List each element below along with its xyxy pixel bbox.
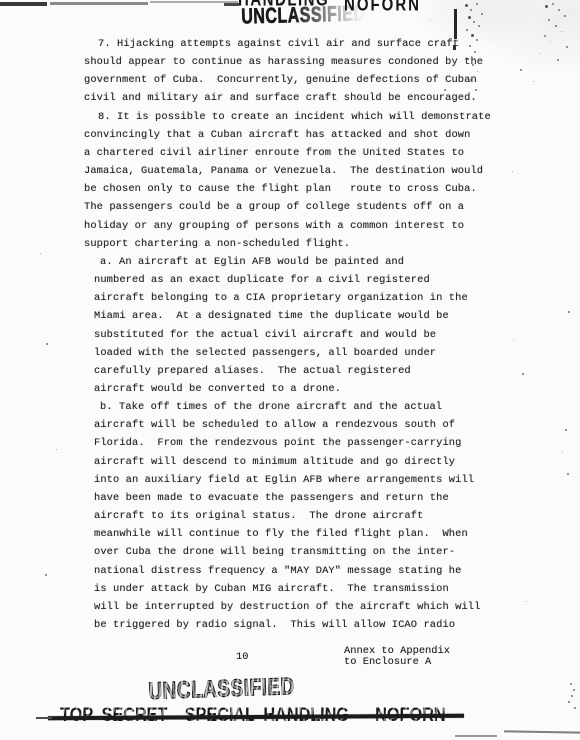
noise-speck (568, 311, 570, 313)
scan-artifact-line (224, 3, 239, 6)
noise-speck (45, 574, 47, 576)
scan-artifact-line (50, 2, 148, 5)
document-line: a. An aircraft at Eglin AFB would be pai… (0, 253, 580, 271)
noise-speck (555, 25, 557, 27)
noise-speck (540, 53, 541, 54)
noise-speck (552, 3, 554, 5)
noise-speck (444, 89, 446, 91)
noise-speck (562, 451, 563, 452)
document-line: have been made to evacuate the passenger… (0, 489, 580, 507)
document-line: is under attack by Cuban MIG aircraft. T… (0, 580, 580, 598)
noise-speck (470, 9, 472, 11)
noise-speck (40, 253, 41, 254)
noise-speck (475, 89, 477, 91)
noise-speck (430, 19, 431, 20)
noise-speck (526, 601, 527, 602)
document-line: loaded with the selected passengers, all… (0, 344, 580, 362)
noise-speck (574, 707, 576, 709)
noise-speck (567, 473, 569, 475)
noise-speck (476, 39, 478, 41)
noise-speck (474, 51, 476, 53)
noise-speck (310, 5, 311, 6)
noise-speck (466, 29, 468, 31)
scan-artifact-line (455, 735, 497, 737)
noise-speck (472, 98, 473, 99)
noise-speck (280, 2, 282, 4)
noise-speck (545, 5, 548, 8)
document-line: aircraft would be converted to a drone. (0, 380, 580, 398)
noise-speck (469, 45, 471, 47)
noise-speck (468, 16, 471, 19)
noise-speck (513, 339, 514, 340)
annex-reference-line2: to Enclosure A (344, 656, 431, 668)
page-number: 10 (236, 651, 248, 663)
document-line: over Cuba the drone will being transmitt… (0, 543, 580, 561)
noise-speck (467, 58, 469, 60)
noise-speck (478, 25, 480, 27)
scan-artifact-line (453, 45, 456, 50)
scan-artifact-line (454, 9, 457, 39)
noise-speck (522, 373, 524, 375)
noise-speck (472, 64, 474, 66)
document-line: into an auxiliary field at Eglin AFB whe… (0, 471, 580, 489)
scan-artifact-line (0, 2, 47, 6)
document-line: aircraft to its original status. The dro… (0, 507, 580, 525)
document-line: a chartered civil airliner enroute from … (0, 144, 580, 162)
noise-speck (564, 15, 566, 17)
noise-speck (561, 31, 562, 32)
noise-speck (557, 59, 559, 61)
noise-speck (570, 683, 572, 685)
noise-speck (566, 46, 568, 48)
document-line: holiday or any grouping of persons with … (0, 217, 580, 235)
noise-speck (571, 695, 573, 697)
document-line: numbered as an exact duplicate for a civ… (0, 271, 580, 289)
document-line: will be interrupted by destruction of th… (0, 598, 580, 616)
noise-speck (573, 689, 575, 691)
noise-speck (520, 69, 522, 71)
document-line: aircraft will descend to minimum altitud… (0, 453, 580, 471)
noise-speck (220, 41, 221, 42)
noise-speck (471, 34, 474, 37)
document-line: Jamaica, Guatemala, Panama or Venezuela.… (0, 162, 580, 180)
document-line: should appear to continue as harassing m… (0, 53, 580, 71)
document-body: 7. Hijacking attempts against civil air … (0, 35, 580, 634)
document-line: meanwhile will continue to fly the filed… (0, 525, 580, 543)
noise-speck (568, 701, 570, 703)
scan-artifact-line (504, 730, 580, 733)
unclassified-stamp-top: UNCLASSIFIED (241, 3, 366, 31)
document-line: aircraft will be scheduled to allow a re… (0, 416, 580, 434)
noise-speck (477, 71, 478, 72)
noise-speck (46, 343, 48, 345)
scanned-document-page: HANDLING NOFORN UNCLASSIFIED 7. Hijackin… (0, 0, 580, 740)
document-line: national distress frequency a "MAY DAY" … (0, 562, 580, 580)
noise-speck (512, 171, 513, 172)
document-line: support chartering a non-scheduled fligh… (0, 235, 580, 253)
document-line: Florida. From the rendezvous point the p… (0, 434, 580, 452)
document-line: substituted for the actual civil aircraf… (0, 326, 580, 344)
noise-speck (533, 81, 534, 82)
document-line: be chosen only to cause the flight plan … (0, 180, 580, 198)
noise-speck (473, 21, 475, 23)
document-line: The passengers could be a group of colle… (0, 198, 580, 216)
noise-speck (558, 9, 560, 11)
document-line: b. Take off times of the drone aircraft … (0, 398, 580, 416)
document-line: carefully prepared aliases. The actual r… (0, 362, 580, 380)
noise-speck (550, 41, 551, 42)
noise-speck (56, 449, 57, 450)
document-line: convincingly that a Cuban aircraft has a… (0, 126, 580, 144)
document-line: 7. Hijacking attempts against civil air … (0, 35, 580, 53)
strikethrough-line-tail (36, 717, 52, 719)
noise-speck (470, 79, 472, 81)
noise-speck (565, 429, 567, 431)
document-line: 8. It is possible to create an incident … (0, 108, 580, 126)
noise-speck (544, 35, 546, 37)
unclassified-stamp-bottom: UNCLASSIFIED (148, 674, 295, 707)
noise-speck (481, 13, 483, 15)
noise-speck (476, 3, 478, 5)
document-line: government of Cuba. Concurrently, genuin… (0, 71, 580, 89)
document-line: be triggered by radio signal. This will … (0, 616, 580, 634)
noise-speck (465, 4, 468, 7)
document-line: civil and military air and surface craft… (0, 89, 580, 107)
noise-speck (548, 19, 550, 21)
document-line: Miami area. At a designated time the dup… (0, 307, 580, 325)
document-line: aircraft belonging to a CIA proprietary … (0, 289, 580, 307)
